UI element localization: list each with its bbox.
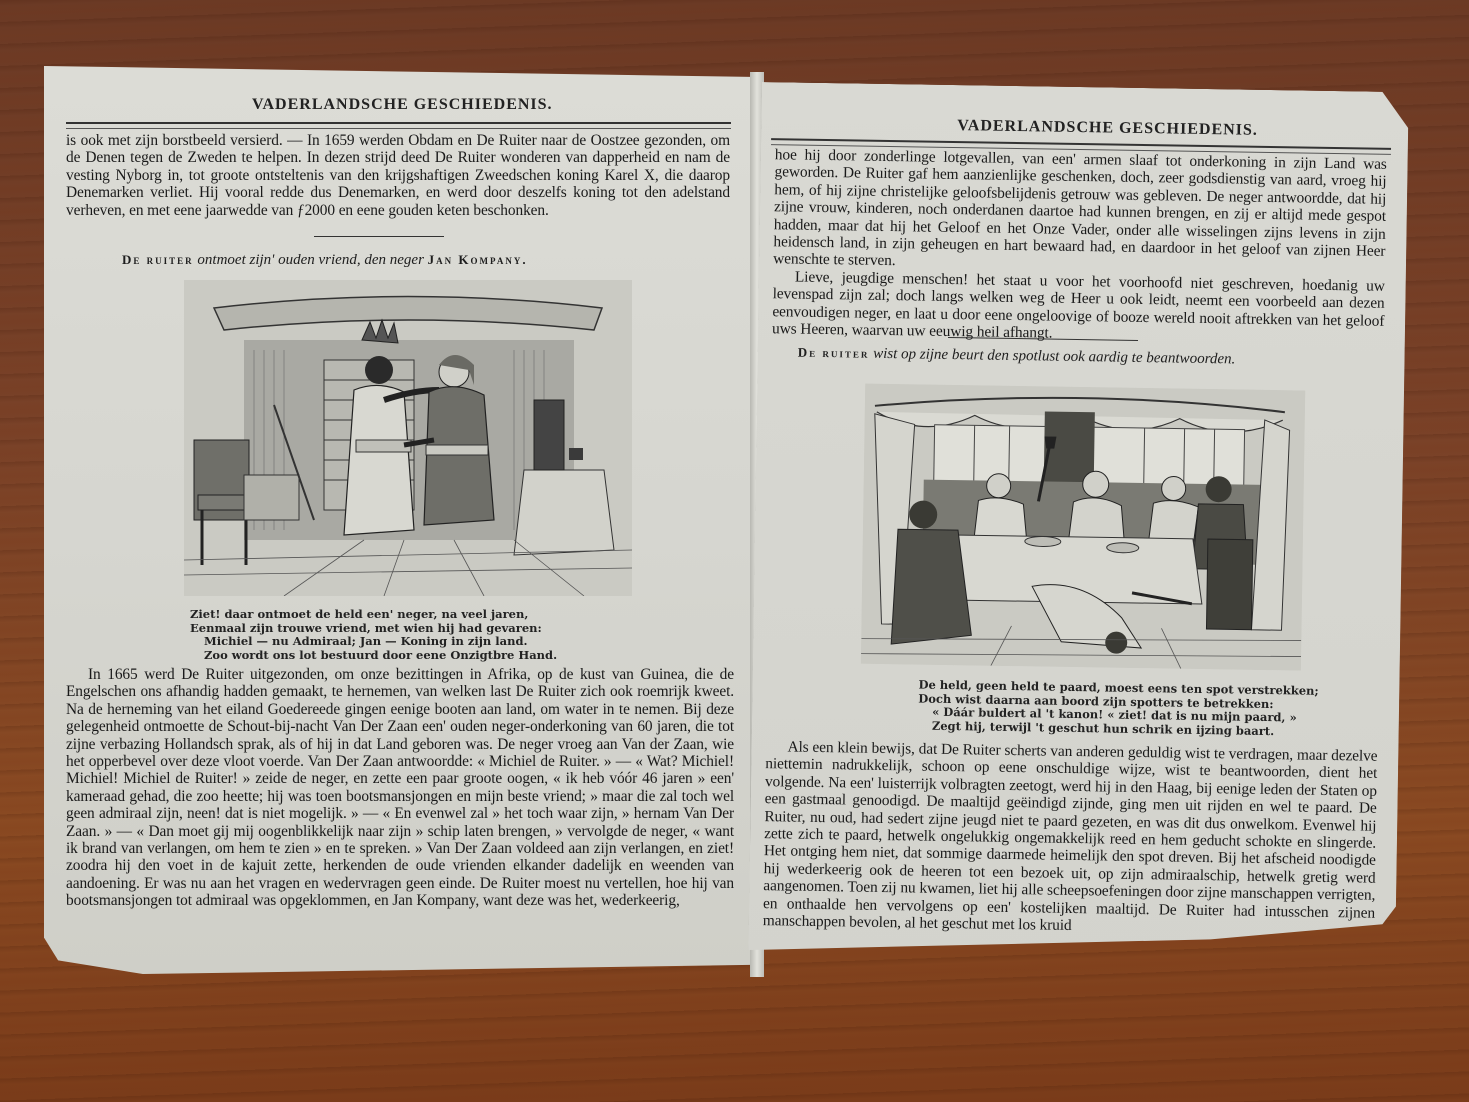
paragraph-text: hoe hij door zonderlinge lotgevallen, va… <box>773 146 1387 277</box>
running-head: VADERLANDSCHE GESCHIEDENIS. <box>252 96 553 114</box>
title-italic: ontmoet zijn' ouden vriend, den neger <box>194 252 428 268</box>
section-rule <box>314 236 444 237</box>
engraving-image <box>184 280 632 596</box>
verse-line: Zoo wordt ons lot bestuurd door eene Onz… <box>190 649 557 663</box>
verse-line: Ziet! daar ontmoet de held een' neger, n… <box>190 608 557 622</box>
left-page: VADERLANDSCHE GESCHIEDENIS. is ook met z… <box>44 66 750 974</box>
paragraph: is ook met zijn borstbeeld versierd. — I… <box>66 132 730 219</box>
illustration-title: De ruiter ontmoet zijn' ouden vriend, de… <box>122 252 528 269</box>
header-rule <box>66 122 731 129</box>
title-smallcaps: Jan Kompany. <box>428 252 528 267</box>
engraving-icon <box>861 384 1305 671</box>
title-smallcaps: De ruiter <box>798 345 870 361</box>
paragraph-text: Lieve, jeugdige menschen! het staat u vo… <box>772 268 1385 347</box>
title-italic: wist op zijne beurt den spotlust ook aar… <box>869 346 1235 368</box>
right-page: VADERLANDSCHE GESCHIEDENIS. hoe hij door… <box>748 82 1422 987</box>
verse-line: Michiel — nu Admiraal; Jan — Koning in z… <box>190 635 557 649</box>
paragraph-text: Als een klein bewijs, dat De Ruiter sche… <box>763 738 1378 939</box>
title-smallcaps: De ruiter <box>122 252 194 267</box>
paragraph: Als een klein bewijs, dat De Ruiter sche… <box>763 738 1378 939</box>
verse: De held, geen held te paard, moest eens … <box>918 679 1319 739</box>
paragraph-text: In 1665 werd De Ruiter uitgezonden, om o… <box>66 666 734 910</box>
verse: Ziet! daar ontmoet de held een' neger, n… <box>190 608 557 662</box>
verse-line: Eenmaal zijn trouwe vriend, met wien hij… <box>190 622 557 636</box>
engraving-image <box>861 384 1305 671</box>
running-head: VADERLANDSCHE GESCHIEDENIS. <box>957 117 1258 140</box>
illustration-title: De ruiter wist op zijne beurt den spotlu… <box>798 345 1236 369</box>
paragraph-text: is ook met zijn borstbeeld versierd. — I… <box>66 132 730 219</box>
engraving-icon <box>184 280 632 596</box>
paragraph: In 1665 werd De Ruiter uitgezonden, om o… <box>66 666 734 910</box>
paragraph: hoe hij door zonderlinge lotgevallen, va… <box>772 146 1387 347</box>
